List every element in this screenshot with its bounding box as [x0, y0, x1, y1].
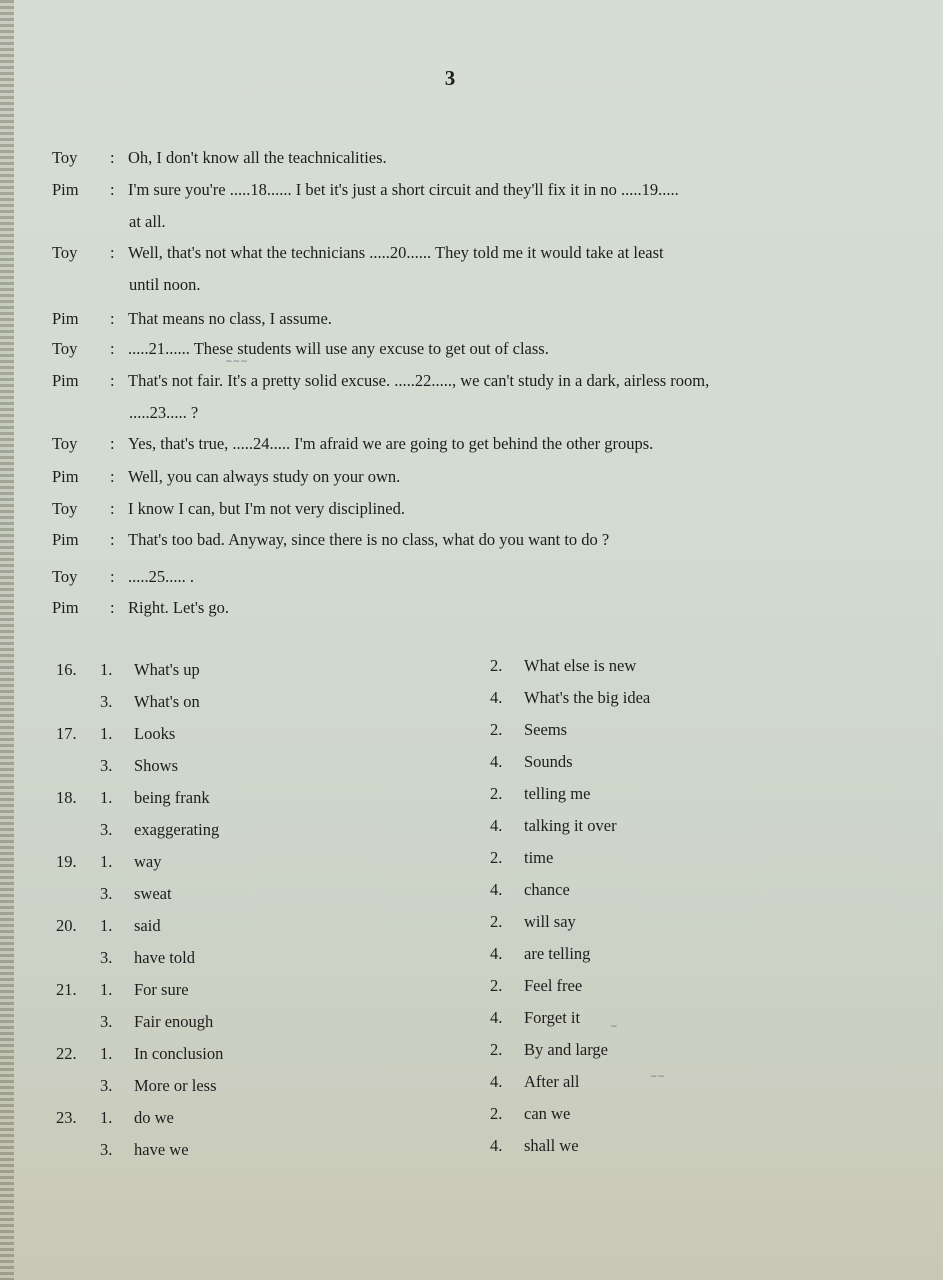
option-text: time [524, 848, 553, 867]
option-text: sweat [134, 884, 172, 903]
option-number: 2. [490, 784, 524, 804]
option-number: 4. [490, 816, 524, 836]
speaker-name: Toy [52, 567, 110, 587]
answer-option: 1.For sure [100, 980, 189, 1000]
option-text: After all [524, 1072, 579, 1091]
dialogue-text: I know I can, but I'm not very disciplin… [128, 499, 405, 518]
answer-option: 2.telling me [490, 784, 590, 804]
option-number: 4. [490, 752, 524, 772]
dialogue-text: Yes, that's true, .....24..... I'm afrai… [128, 434, 653, 453]
option-number: 1. [100, 1044, 134, 1064]
option-text: will say [524, 912, 576, 931]
speaker-name: Pim [52, 530, 110, 550]
colon: : [110, 499, 128, 519]
answer-option: 3.exaggerating [100, 820, 219, 840]
dialogue-text: Oh, I don't know all the teachnicalities… [128, 148, 387, 167]
answer-option: 3.More or less [100, 1076, 216, 1096]
question-number: 21. [56, 980, 77, 1000]
answer-option: 2.Seems [490, 720, 567, 740]
option-text: Forget it [524, 1008, 580, 1027]
handwritten-annotation: ~~~ [225, 357, 248, 367]
answer-option: 4.Sounds [490, 752, 573, 772]
dialogue-text: I'm sure you're .....18...... I bet it's… [128, 180, 679, 199]
dialogue-line: Toy:I know I can, but I'm not very disci… [52, 499, 405, 519]
dialogue-line: Toy:Oh, I don't know all the teachnicali… [52, 148, 387, 168]
colon: : [110, 598, 128, 618]
colon: : [110, 180, 128, 200]
speaker-name: Toy [52, 499, 110, 519]
option-number: 4. [490, 1072, 524, 1092]
option-text: Shows [134, 756, 178, 775]
dialogue-line: Pim:I'm sure you're .....18...... I bet … [52, 180, 679, 200]
question-number: 18. [56, 788, 77, 808]
page-number: 3 [0, 66, 900, 91]
answer-option: 2.can we [490, 1104, 570, 1124]
colon: : [110, 530, 128, 550]
dialogue-text: That means no class, I assume. [128, 309, 332, 328]
speaker-name: Pim [52, 371, 110, 391]
option-number: 1. [100, 980, 134, 1000]
option-text: are telling [524, 944, 590, 963]
option-text: do we [134, 1108, 174, 1127]
option-text: By and large [524, 1040, 608, 1059]
dialogue-line: Pim:Right. Let's go. [52, 598, 229, 618]
dialogue-line: Toy:.....25..... . [52, 567, 194, 587]
option-text: Fair enough [134, 1012, 213, 1031]
speaker-name: Toy [52, 339, 110, 359]
option-number: 1. [100, 852, 134, 872]
option-text: More or less [134, 1076, 216, 1095]
answer-option: 1.What's up [100, 660, 200, 680]
option-text: have told [134, 948, 195, 967]
option-number: 4. [490, 688, 524, 708]
dialogue-text: .....21...... These students will use an… [128, 339, 549, 358]
colon: : [110, 434, 128, 454]
dialogue-continuation: at all. [129, 212, 166, 232]
option-text: Feel free [524, 976, 582, 995]
dialogue-text: Well, that's not what the technicians ..… [128, 243, 664, 262]
colon: : [110, 467, 128, 487]
dialogue-line: Pim:That's not fair. It's a pretty solid… [52, 371, 709, 391]
option-number: 2. [490, 1040, 524, 1060]
option-number: 2. [490, 976, 524, 996]
handwritten-annotation: ~~ [650, 1072, 665, 1082]
option-number: 1. [100, 916, 134, 936]
option-number: 3. [100, 692, 134, 712]
option-text: Looks [134, 724, 175, 743]
option-number: 2. [490, 656, 524, 676]
answer-option: 4.What's the big idea [490, 688, 650, 708]
option-number: 4. [490, 1008, 524, 1028]
answer-option: 2.By and large [490, 1040, 608, 1060]
colon: : [110, 371, 128, 391]
answer-option: 3.have told [100, 948, 195, 968]
option-number: 1. [100, 1108, 134, 1128]
handwritten-annotation: ~ [610, 1022, 618, 1032]
answer-option: 2.What else is new [490, 656, 636, 676]
colon: : [110, 309, 128, 329]
option-text: shall we [524, 1136, 579, 1155]
dialogue-line: Pim:Well, you can always study on your o… [52, 467, 400, 487]
answer-option: 3.sweat [100, 884, 172, 904]
dialogue-text: That's too bad. Anyway, since there is n… [128, 530, 609, 549]
option-number: 2. [490, 848, 524, 868]
option-text: way [134, 852, 162, 871]
speaker-name: Toy [52, 148, 110, 168]
option-number: 4. [490, 1136, 524, 1156]
option-text: What else is new [524, 656, 636, 675]
speaker-name: Pim [52, 309, 110, 329]
dialogue-text: That's not fair. It's a pretty solid exc… [128, 371, 709, 390]
answer-option: 4.are telling [490, 944, 590, 964]
option-text: What's on [134, 692, 200, 711]
option-number: 3. [100, 1076, 134, 1096]
question-number: 23. [56, 1108, 77, 1128]
speaker-name: Pim [52, 598, 110, 618]
dialogue-line: Toy:Well, that's not what the technician… [52, 243, 664, 263]
option-text: exaggerating [134, 820, 219, 839]
dialogue-continuation: .....23..... ? [129, 403, 198, 423]
option-number: 2. [490, 1104, 524, 1124]
dialogue-line: Toy:.....21...... These students will us… [52, 339, 549, 359]
option-number: 2. [490, 720, 524, 740]
answer-option: 1.Looks [100, 724, 175, 744]
option-number: 3. [100, 820, 134, 840]
option-text: Sounds [524, 752, 573, 771]
speaker-name: Toy [52, 243, 110, 263]
question-number: 17. [56, 724, 77, 744]
answer-option: 4.talking it over [490, 816, 617, 836]
dialogue-continuation: until noon. [129, 275, 201, 295]
speaker-name: Toy [52, 434, 110, 454]
answer-option: 3.have we [100, 1140, 189, 1160]
option-number: 1. [100, 788, 134, 808]
dialogue-line: Pim:That means no class, I assume. [52, 309, 332, 329]
answer-option: 4.Forget it [490, 1008, 580, 1028]
answer-option: 2.time [490, 848, 553, 868]
dialogue-line: Toy:Yes, that's true, .....24..... I'm a… [52, 434, 653, 454]
page-binding-edge [0, 0, 14, 1280]
option-text: Seems [524, 720, 567, 739]
option-number: 3. [100, 1140, 134, 1160]
option-number: 2. [490, 912, 524, 932]
option-text: What's the big idea [524, 688, 650, 707]
option-text: have we [134, 1140, 189, 1159]
question-number: 16. [56, 660, 77, 680]
option-text: talking it over [524, 816, 617, 835]
option-text: For sure [134, 980, 189, 999]
option-text: being frank [134, 788, 210, 807]
colon: : [110, 148, 128, 168]
option-number: 1. [100, 724, 134, 744]
answer-option: 1.way [100, 852, 162, 872]
option-number: 1. [100, 660, 134, 680]
option-number: 4. [490, 880, 524, 900]
option-text: What's up [134, 660, 200, 679]
option-text: chance [524, 880, 570, 899]
option-number: 3. [100, 884, 134, 904]
question-number: 19. [56, 852, 77, 872]
option-number: 3. [100, 948, 134, 968]
answer-option: 4.shall we [490, 1136, 579, 1156]
option-number: 3. [100, 1012, 134, 1032]
answer-option: 1.said [100, 916, 161, 936]
colon: : [110, 567, 128, 587]
answer-option: 3.Fair enough [100, 1012, 213, 1032]
option-text: telling me [524, 784, 590, 803]
option-number: 4. [490, 944, 524, 964]
answer-option: 1.In conclusion [100, 1044, 223, 1064]
option-text: said [134, 916, 161, 935]
option-text: In conclusion [134, 1044, 223, 1063]
speaker-name: Pim [52, 180, 110, 200]
question-number: 22. [56, 1044, 77, 1064]
question-number: 20. [56, 916, 77, 936]
answer-option: 3.Shows [100, 756, 178, 776]
answer-option: 2.will say [490, 912, 576, 932]
option-number: 3. [100, 756, 134, 776]
colon: : [110, 339, 128, 359]
answer-option: 1.do we [100, 1108, 174, 1128]
dialogue-text: .....25..... . [128, 567, 194, 586]
dialogue-text: Right. Let's go. [128, 598, 229, 617]
dialogue-line: Pim:That's too bad. Anyway, since there … [52, 530, 609, 550]
answer-option: 4.chance [490, 880, 570, 900]
answer-option: 2.Feel free [490, 976, 582, 996]
speaker-name: Pim [52, 467, 110, 487]
dialogue-text: Well, you can always study on your own. [128, 467, 400, 486]
answer-option: 4.After all [490, 1072, 579, 1092]
option-text: can we [524, 1104, 570, 1123]
answer-option: 1.being frank [100, 788, 210, 808]
answer-option: 3.What's on [100, 692, 200, 712]
colon: : [110, 243, 128, 263]
